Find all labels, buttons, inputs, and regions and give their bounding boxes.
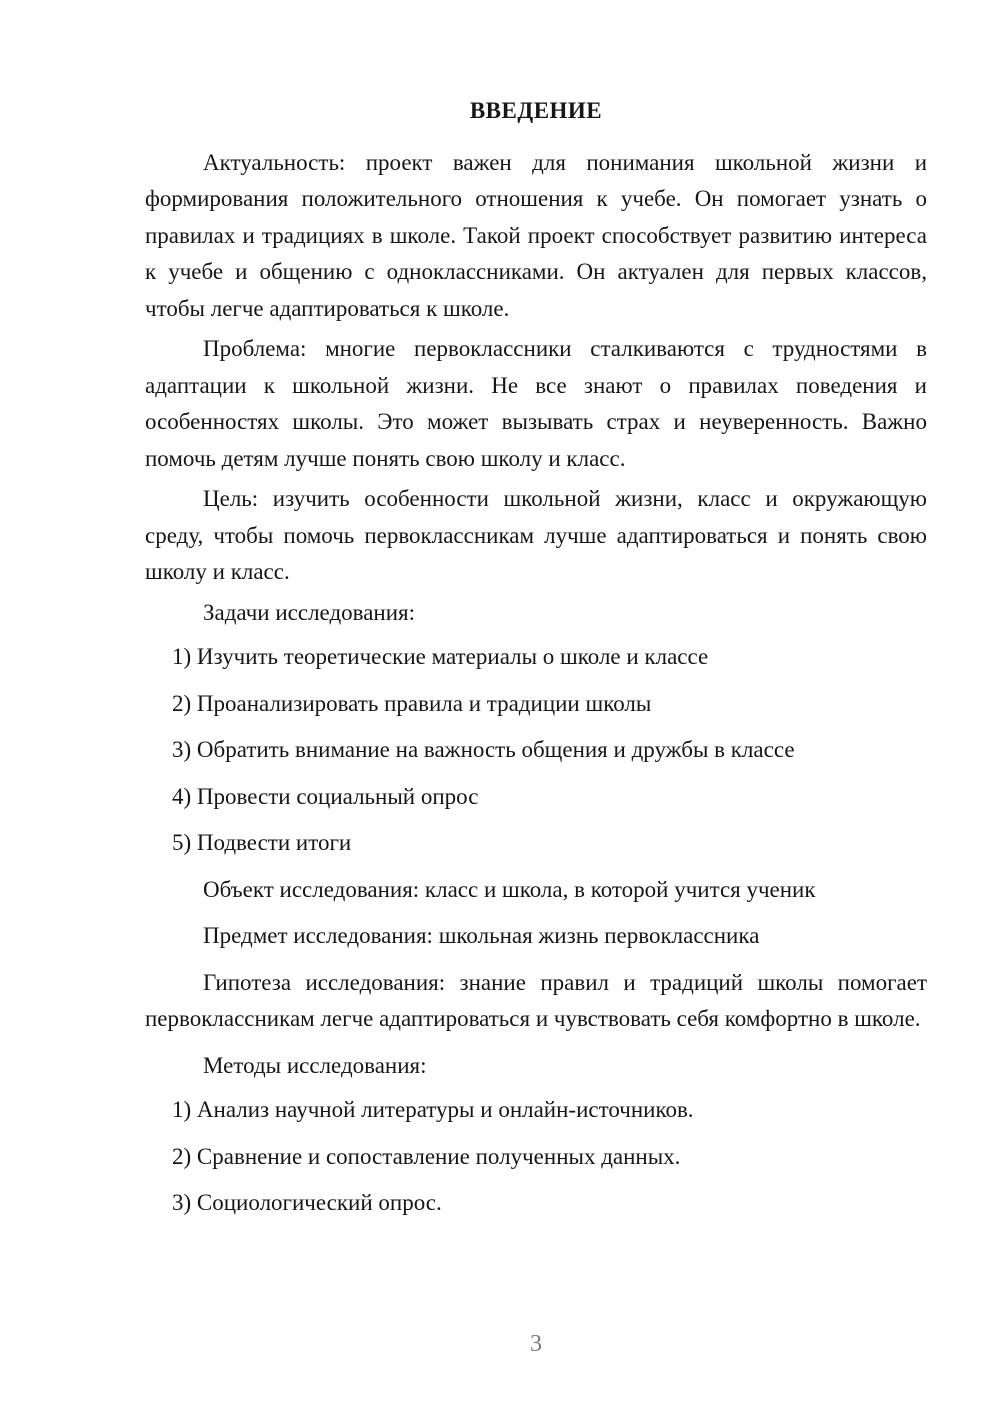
method-item-1: 1) Анализ научной литературы и онлайн-ис… [145,1092,927,1129]
method-item-3: 3) Социологический опрос. [145,1185,927,1222]
task-item-1: 1) Изучить теоретические материалы о шко… [145,639,927,676]
paragraph-relevance: Актуальность: проект важен для понимания… [145,145,927,328]
method-item-2: 2) Сравнение и сопоставление полученных … [145,1139,927,1176]
paragraph-problem: Проблема: многие первоклассники сталкива… [145,331,927,477]
document-page: ВВЕДЕНИЕ Актуальность: проект важен для … [0,0,1000,1414]
hypothesis-paragraph: Гипотеза исследования: знание правил и т… [145,965,927,1038]
task-item-4: 4) Провести социальный опрос [145,779,927,816]
methods-heading: Методы исследования: [145,1048,927,1085]
research-subject-line: Предмет исследования: школьная жизнь пер… [145,918,927,955]
document-content: ВВЕДЕНИЕ Актуальность: проект важен для … [145,93,927,1232]
page-number: 3 [145,1326,927,1363]
task-item-3: 3) Обратить внимание на важность общения… [145,732,927,769]
page-title: ВВЕДЕНИЕ [145,93,927,130]
tasks-heading: Задачи исследования: [145,595,927,632]
task-item-5: 5) Подвести итоги [145,825,927,862]
task-item-2: 2) Проанализировать правила и традиции ш… [145,686,927,723]
research-object-line: Объект исследования: класс и школа, в ко… [145,872,927,909]
paragraph-goal: Цель: изучить особенности школьной жизни… [145,481,927,591]
